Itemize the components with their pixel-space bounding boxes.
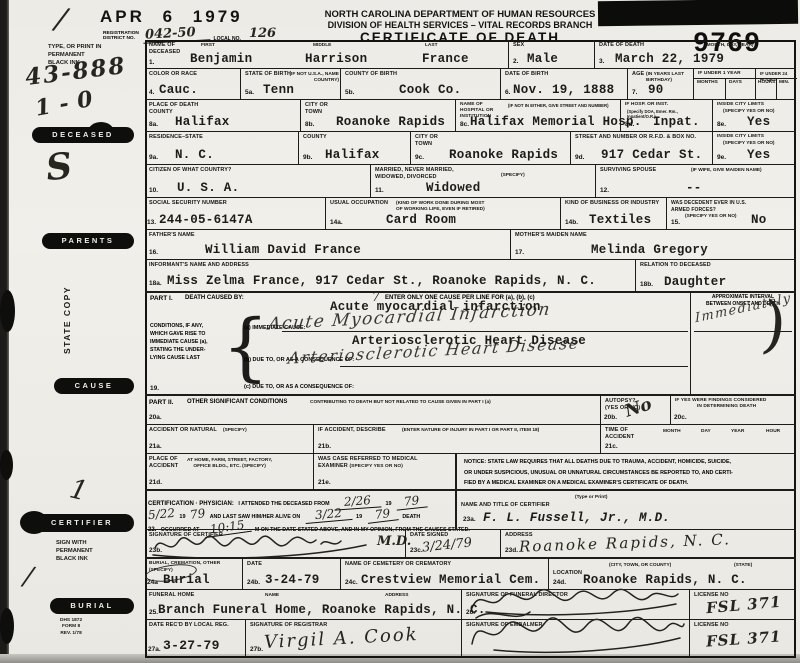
field-autopsy-findings: IF YES WERE FINDINGS CONSIDEREDIN DETERM… (670, 396, 796, 424)
scan-blotch (0, 290, 15, 332)
field-county-of-birth: COUNTY OF BIRTH 5b. Cook Co. (340, 68, 500, 99)
field-usual-occupation: USUAL OCCUPATION (KIND OF WORK DONE DURI… (325, 197, 560, 229)
item-number: 15. (671, 219, 680, 226)
field-residence-county: COUNTY 9b. Halifax (298, 131, 410, 164)
field-fathers-name: FATHER'S NAME 16. William David France (145, 229, 510, 259)
field-label: INFORMANT'S NAME AND ADDRESS (149, 262, 635, 269)
agency-line-1: NORTH CAROLINA DEPARTMENT OF HUMAN RESOU… (250, 9, 670, 20)
sub-label-hour: HOUR (766, 429, 780, 435)
field-label: FUNERAL HOME (149, 592, 461, 599)
field-value: No (751, 213, 767, 227)
sub-label: (MONTH, DAY, YEAR) (705, 43, 754, 49)
item-number: 21e. (318, 479, 331, 486)
sub-label-address: ADDRESS (385, 593, 408, 599)
field-label: OTHER SIGNIFICANT CONDITIONS (187, 399, 287, 405)
field-if-accident-describe: IF ACCIDENT, DESCRIBE (ENTER NATURE OF I… (313, 425, 600, 453)
field-embalmer-license: LICENSE NO FSL 371 (689, 620, 796, 657)
item-number: 1. (149, 59, 154, 66)
item-number: 13. (147, 219, 156, 226)
field-label: SOCIAL SECURITY NUMBER (149, 200, 325, 207)
item-number: 20b. (604, 414, 617, 421)
sub-label: (KIND OF WORK DONE DURING MOSTOF WORKING… (396, 201, 485, 213)
field-value: Branch Funeral Home, Roanoke Rapids, N. … (158, 603, 486, 617)
field-label: DATE OF BIRTH (505, 71, 627, 78)
sub-label: (ENTER NATURE OF INJURY IN PART I OR PAR… (402, 428, 539, 434)
item-number: 9c. (415, 154, 424, 161)
field-funeral-director-license: LICENSE NO FSL 371 (689, 590, 796, 619)
field-registrar-signature: SIGNATURE OF REGISTRAR 27b. Virgil A. Co… (245, 620, 461, 657)
field-label: INSIDE CITY LIMITS (717, 102, 796, 108)
field-if-under-24-hours: IF UNDER 24 HOURS HOURS MIN. (755, 68, 796, 99)
death-certificate-scan: { "stamp_date": "APR 6 1979", "header": … (0, 0, 800, 663)
field-value: -- (686, 181, 702, 195)
field-label: CITIZEN OF WHAT COUNTRY? (149, 167, 370, 174)
field-value: 3-27-79 (163, 638, 220, 653)
sub-label-hours: HOURS (758, 80, 775, 86)
part1-conditions-note: CONDITIONS, IF ANY,WHICH GAVE RISE TOIMM… (150, 322, 208, 362)
field-autopsy: AUTOPSY?(YES OR NO) 20b. No (600, 396, 670, 424)
interval-column-divider (690, 291, 691, 394)
field-label: FATHER'S NAME (149, 232, 510, 239)
sub-label: AT HOME, FARM, STREET, FACTORY,OFFICE BL… (187, 458, 272, 470)
sub-label: (STATE) (734, 563, 752, 569)
field-label: NAME AND TITLE OF CERTIFIER (461, 502, 550, 508)
field-label: MOTHER'S MAIDEN NAME (515, 232, 796, 239)
field-kind-of-business: KIND OF BUSINESS OR INDUSTRY 14b. Textil… (560, 197, 666, 229)
item-number: 4. (149, 89, 154, 96)
item-number: 23d. (505, 547, 518, 554)
field-label: SEX (513, 42, 594, 49)
item-number: 21a. (149, 443, 162, 450)
sub-label-middle: MIDDLE (313, 43, 331, 49)
field-name-of-deceased: NAME OF DECEASED FIRST MIDDLE LAST 1. Be… (145, 40, 508, 68)
field-relation-to-deceased: RELATION TO DECEASED 18b. Daughter (635, 259, 796, 291)
part1-line-c-label: (c) DUE TO, OR AS A CONSEQUENCE OF: (244, 384, 354, 390)
item-number: 11. (375, 187, 384, 194)
middle-name-value: Harrison (305, 52, 367, 66)
field-label: MARRIED, NEVER MARRIED,WIDOWED, DIVORCED (375, 167, 595, 181)
field-armed-forces: WAS DECEDENT EVER IN U.S.ARMED FORCES? (… (666, 197, 796, 229)
tab-cause: CAUSE (54, 378, 134, 394)
field-value: Halifax (325, 148, 380, 162)
item-number: 3. (599, 58, 604, 65)
field-label: IF HOSP. OR INST. (625, 102, 712, 108)
item-number: 23a. (463, 516, 476, 523)
field-value: William David France (205, 243, 361, 257)
item-number: 2. (513, 58, 518, 65)
field-value: 90 (648, 83, 664, 97)
field-burial-date: DATE 24b. 3-24-79 (242, 559, 340, 589)
state-copy-label: STATE COPY (62, 275, 72, 365)
field-value: Tenn (263, 83, 294, 97)
field-social-security-number: SOCIAL SECURITY NUMBER 13. 244-05-6147A (145, 197, 325, 229)
item-number: 20c. (674, 414, 687, 421)
item-number: 21b. (318, 443, 331, 450)
item-number: 5a. (245, 89, 254, 96)
field-label: COUNTY OF BIRTH (345, 71, 500, 78)
field-referred-to-medical-examiner: WAS CASE REFERRED TO MEDICALEXAMINER (SP… (313, 454, 455, 489)
notice-text: NOTICE: STATE LAW REQUIRES THAT ALL DEAT… (464, 457, 791, 489)
field-label: DATE REC'D BY LOCAL REG. (149, 622, 245, 629)
item-number: 6. (505, 89, 510, 96)
sub-label: (IF NOT IN EITHER, GIVE STREET AND NUMBE… (508, 103, 618, 108)
field-label: NAME OF DECEASED (149, 42, 185, 56)
divider (776, 78, 777, 100)
part1-death-caused-by: DEATH CAUSED BY: (185, 295, 244, 301)
field-mothers-maiden-name: MOTHER'S MAIDEN NAME 17. Melinda Gregory (510, 229, 796, 259)
tab-deceased: DECEASED (32, 127, 134, 143)
field-value: Inpat. (653, 115, 700, 129)
item-number: 25. (149, 609, 158, 616)
field-age: AGE (IN YEARS LAST BIRTHDAY) 7. 90 (627, 68, 693, 99)
tab-label: PARENTS (62, 236, 115, 245)
sub-label: (CITY, TOWN, OR COUNTY) (609, 563, 671, 569)
field-date-received: DATE REC'D BY LOCAL REG. 27a. 3-27-79 (145, 620, 245, 657)
sub-label: CONTRIBUTING TO DEATH BUT NOT RELATED TO… (310, 400, 590, 406)
field-place-of-death-county: PLACE OF DEATHCOUNTY 8a. Halifax (145, 99, 300, 131)
interval-a-underline (694, 331, 792, 332)
item-number: 8d. (625, 121, 634, 128)
field-hospital-name: NAME OFHOSPITAL ORINSTITUTION (IF NOT IN… (455, 99, 620, 131)
field-other-significant-conditions: PART II. OTHER SIGNIFICANT CONDITIONS CO… (145, 396, 600, 424)
margin-handwriting-slash-2: / (22, 562, 35, 593)
scan-blotch (0, 450, 13, 480)
field-place-of-death-city: CITY ORTOWN 8b. Roanoke Rapids (300, 99, 455, 131)
notice-box: NOTICE: STATE LAW REQUIRES THAT ALL DEAT… (455, 454, 796, 489)
field-residence-street: STREET AND NUMBER OR R.F.D. & BOX NO. 9d… (570, 131, 712, 164)
item-number: 10. (149, 187, 158, 194)
field-label: LOCATION (553, 570, 582, 576)
sub-label-last: LAST (425, 43, 438, 49)
field-value: 3-24-79 (265, 573, 320, 587)
section-divider (145, 291, 796, 293)
field-value: 244-05-6147A (159, 213, 253, 227)
field-value: F. L. Fussell, Jr., M.D. (483, 511, 670, 525)
field-date-of-birth: DATE OF BIRTH 6. Nov. 19, 1888 (500, 68, 627, 99)
field-label: WAS DECEDENT EVER IN U.S.ARMED FORCES? (671, 200, 796, 213)
item-number: 18a. (149, 280, 162, 287)
field-surviving-spouse: SURVIVING SPOUSE (IF WIFE, GIVE MAIDEN N… (595, 164, 796, 197)
sub-label: (SPECIFY YES OR NO) (685, 214, 737, 220)
margin-handwriting-s: S (44, 145, 74, 189)
certifier-signature (151, 532, 376, 558)
field-informant: INFORMANT'S NAME AND ADDRESS 18a. Miss Z… (145, 259, 635, 291)
field-value: March 22, 1979 (615, 52, 724, 66)
field-citizen-of-country: CITIZEN OF WHAT COUNTRY? 10. U. S. A. (145, 164, 370, 197)
item-number: 8c. (460, 121, 469, 128)
field-value: Yes (747, 148, 770, 162)
field-value: Melinda Gregory (591, 243, 708, 257)
last-name-value: France (422, 52, 469, 66)
field-signature-of-certifier: SIGNATURE OF CERTIFIER 23b. M.D. (145, 530, 405, 557)
first-name-value: Benjamin (190, 52, 252, 66)
tab-label: DECEASED (52, 130, 114, 139)
margin-handwriting-slash: / (53, 1, 69, 37)
sub-label-year: YEAR (731, 429, 744, 435)
field-value: 917 Cedar St. (601, 148, 702, 162)
item-number: 23c. (410, 547, 423, 554)
field-inside-city-limits-death: INSIDE CITY LIMITS (SPECIFY YES OR NO) 8… (712, 99, 796, 131)
field-marital-status: MARRIED, NEVER MARRIED,WIDOWED, DIVORCED… (370, 164, 595, 197)
sub-label-name: NAME (265, 593, 279, 599)
field-value: Burial (163, 573, 210, 587)
item-number: 8e. (717, 121, 726, 128)
field-label: IF UNDER 1 YEAR (698, 71, 755, 77)
brace-glyph: { (222, 308, 269, 386)
item-number: 27b. (250, 646, 263, 653)
field-label: WAS CASE REFERRED TO MEDICALEXAMINER (SP… (318, 456, 455, 470)
item-number: 9d. (575, 154, 584, 161)
item-number: 14b. (565, 219, 578, 226)
field-label: DATE (247, 561, 340, 568)
field-certifier-name: NAME AND TITLE OF CERTIFIER (Type or Pri… (455, 491, 796, 529)
field-value: U. S. A. (177, 181, 239, 195)
cause-a-underline (282, 331, 688, 332)
field-value: Nov. 19, 1888 (513, 83, 614, 97)
cause-b-underline (340, 366, 688, 367)
field-certifier-address: ADDRESS 23d. Roanoke Rapids, N. C. (500, 530, 796, 557)
item-number: 18b. (640, 281, 653, 288)
field-value: Yes (747, 115, 770, 129)
sub-label-month: MONTH (663, 429, 681, 435)
tab-label: CERTIFIER (51, 518, 113, 527)
field-date-signed: DATE SIGNED 23c. 3/24/79 (405, 530, 500, 557)
field-value: N. C. (175, 148, 214, 162)
item-number: 8a. (149, 121, 158, 128)
field-value: Cook Co. (399, 83, 461, 97)
margin-handwriting-1-0: 1-0 (33, 84, 103, 121)
part2-label: PART II. (149, 399, 173, 406)
field-label: CITY ORTOWN (415, 134, 570, 148)
divider (725, 78, 726, 100)
embalmer-signature (464, 604, 686, 654)
field-value: Cauc. (159, 83, 198, 97)
sub-label-months: MONTHS (697, 80, 718, 86)
field-certification: CERTIFICATION · PHYSICIAN: I ATTENDED TH… (145, 491, 455, 529)
part1-label: PART I. (150, 295, 173, 302)
item-number: 24b. (247, 579, 260, 586)
field-label: RELATION TO DECEASED (640, 262, 796, 269)
item-number: 9e. (717, 154, 726, 161)
field-value: Widowed (426, 181, 481, 195)
field-accident-or-natural: ACCIDENT OR NATURAL (SPECIFY) 21a. (145, 425, 313, 453)
tab-parents: PARENTS (42, 233, 134, 249)
item-number: 14a. (330, 219, 343, 226)
tab-burial: BURIAL (50, 598, 134, 614)
field-value: Daughter (664, 275, 726, 289)
item-number: 8b. (305, 121, 314, 128)
item-number: 9a. (149, 154, 158, 161)
sub-label: (SPECIFY) (501, 173, 525, 179)
field-place-of-accident: PLACE OFACCIDENT AT HOME, FARM, STREET, … (145, 454, 313, 489)
tab-label: CAUSE (75, 381, 114, 390)
item-number: 9b. (303, 154, 312, 161)
item-number: 21c. (605, 443, 618, 450)
field-label: KIND OF BUSINESS OR INDUSTRY (565, 200, 665, 207)
field-label: DATE OF DEATH (599, 42, 796, 49)
item-number: 24a (147, 579, 158, 586)
field-value: Roanoke Rapids (336, 115, 445, 129)
field-value: Card Room (386, 213, 456, 227)
field-color-or-race: COLOR OR RACE 4. Cauc. (145, 68, 240, 99)
sub-label: (IF WIFE, GIVE MAIDEN NAME) (691, 168, 762, 174)
item-number: 7. (632, 89, 637, 96)
item-number: 16. (149, 249, 158, 256)
field-label: NAME OF CEMETERY OR CREMATORY (345, 561, 548, 568)
field-inside-city-limits-residence: INSIDE CITY LIMITS (SPECIFY YES OR NO) 9… (712, 131, 796, 164)
scan-blotch (0, 608, 14, 644)
sub-label-min: MIN. (779, 80, 789, 86)
field-embalmer-signature: SIGNATURE OF EMBALMER (461, 620, 689, 657)
item-number: 24c. (345, 579, 358, 586)
field-label: COLOR OR RACE (149, 71, 240, 78)
date-received-stamp: APR 6 1979 (100, 7, 243, 27)
field-if-under-1-year: IF UNDER 1 YEAR MONTHS DAYS (693, 68, 755, 99)
field-value: Roanoke Rapids (449, 148, 558, 162)
license-handwritten: FSL 371 (705, 627, 782, 650)
registration-district-label: REGISTRATIONDISTRICT NO. (103, 31, 139, 43)
tab-certifier: CERTIFIER (30, 514, 134, 532)
sub-label: (Type or Print) (575, 495, 607, 501)
item-number: 21d. (149, 479, 162, 486)
tab-label: BURIAL (70, 601, 113, 610)
field-state-of-birth: STATE OF BIRTH (IF NOT U.S.A., NAME COUN… (240, 68, 340, 99)
field-label: RESIDENCE–STATE (149, 134, 298, 141)
field-label: IF YES WERE FINDINGS CONSIDEREDIN DETERM… (675, 398, 796, 410)
margin-handwriting-43-888: 43-888 (24, 52, 128, 91)
item-number: 20a. (149, 414, 162, 421)
agency-line-2: DIVISION OF HEALTH SERVICES – VITAL RECO… (250, 20, 670, 30)
field-value: Male (527, 52, 558, 66)
field-value: Halifax (175, 115, 230, 129)
form-number-note: DHS 1872FORM 8REV. 1/78 (60, 618, 82, 637)
margin-handwriting-1: 1 (67, 473, 91, 507)
field-sex: SEX 2. Male (508, 40, 594, 68)
sub-label: (SPECIFY) (223, 428, 247, 434)
field-residence-city: CITY ORTOWN 9c. Roanoke Rapids (410, 131, 570, 164)
field-burial-cremation: BURIAL, CREMATION, OTHER (SPECIFY) 24a B… (145, 559, 242, 589)
sign-note: SIGN WITHPERMANENTBLACK INK (56, 540, 93, 563)
item-number: 27a. (148, 646, 161, 653)
field-label: STREET AND NUMBER OR R.F.D. & BOX NO. (575, 134, 705, 141)
field-value: Textiles (589, 213, 651, 227)
sub-label-day: DAY (701, 429, 711, 435)
field-value: Miss Zelma France, 917 Cedar St., Roanok… (167, 274, 596, 288)
item-number: 5b. (345, 89, 354, 96)
field-funeral-home: FUNERAL HOME NAME ADDRESS 25. Branch Fun… (145, 590, 461, 619)
item-number: 19. (150, 385, 159, 392)
sub-label: (SPECIFY YES OR NO) (723, 141, 775, 147)
sub-label-days: DAYS (729, 80, 742, 86)
field-label: COUNTY (303, 134, 410, 141)
field-label: INSIDE CITY LIMITS (717, 134, 796, 140)
sub-label-first: FIRST (201, 43, 215, 49)
item-number: 12. (600, 187, 609, 194)
field-residence-state: RESIDENCE–STATE 9a. N. C. (145, 131, 298, 164)
field-if-hosp-or-inst: IF HOSP. OR INST. (Specify DOA, Emer. Rm… (620, 99, 712, 131)
field-time-of-accident: TIME OFACCIDENT MONTH DAY YEAR HOUR 21c. (600, 425, 796, 453)
item-number: 17. (515, 249, 524, 256)
field-date-of-death: DATE OF DEATH (MONTH, DAY, YEAR) 3. Marc… (594, 40, 796, 68)
field-value: Halifax Memorial Hosp. (470, 115, 642, 129)
